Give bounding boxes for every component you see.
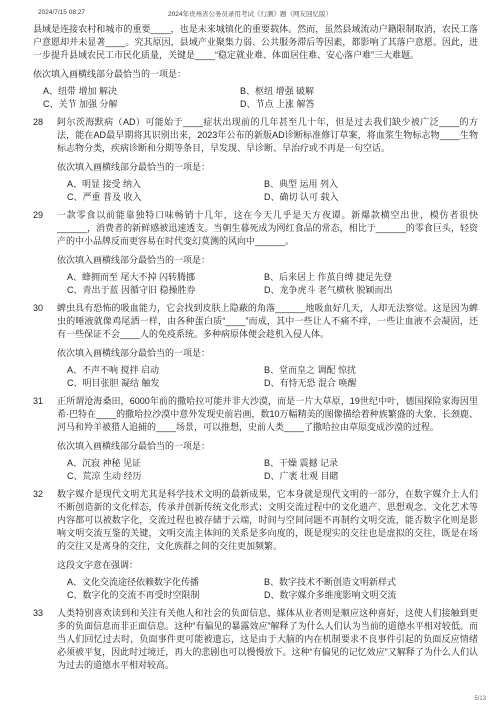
question-stem: 数字媒介是现代文明尤其是科学技术文明的最新成果，它本身就是现代文明的一部分，在数… [57,488,478,553]
question-block: 31 正所谓沧海桑田，6000年前的撒哈拉可能并非大沙漠，而是一片大草原，19世… [33,395,478,488]
question-stem: 一款零食以前能靠独特口味畅销十几年，这在今天几乎是天方夜谭。新爆款横空出世，模仿… [57,209,478,248]
question-block: 30 蜱虫具有恐怖的吸血能力，它会找到皮肤上隐蔽的角落______地吸血好几天，… [33,302,478,395]
option-d: D、龙争虎斗 老气横秋 脱颖而出 [264,284,478,297]
fill-blank-prompt: 依次填入画横线部分最恰当的一项是： [57,161,478,174]
options-grid: A、沉寂 神秘 见证 B、干燥 震撼 记录 C、荒凉 生动 经历 D、广袤 壮观… [57,457,478,482]
option-a: A、纽带 增加 解决 [43,85,240,98]
option-a: A、文化交流途径依赖数字化传播 [67,576,264,589]
option-c: C、严重 普及 收入 [67,191,264,204]
option-c: C、青出于蓝 因循守旧 稳操胜券 [67,284,264,297]
option-a: A、明显 接受 纳入 [67,178,264,191]
fill-blank-prompt: 依次填入画横线部分最恰当的一项是： [57,440,478,453]
options-grid: A、纽带 增加 解决 B、枢纽 增强 破解 C、关节 加强 分解 D、节点 上涨… [33,85,478,110]
question-block: 县域是连接农村和城市的重要____，也是未来城镇化的重要载体。然而，虽然县域流动… [33,23,478,110]
fill-blank-prompt: 依次填入画横线部分最恰当的一项是： [33,68,478,81]
fill-blank-prompt: 依次填入画横线部分最恰当的一项是： [57,347,478,360]
option-b: B、枢纽 增强 破解 [240,85,478,98]
option-b: B、堂而皇之 调配 惊扰 [264,364,478,377]
option-c: C、荒凉 生动 经历 [67,470,264,483]
options-grid: A、不声不响 搅拌 启动 B、堂而皇之 调配 惊扰 C、明目张胆 凝结 触发 D… [57,364,478,389]
option-a: A、沉寂 神秘 见证 [67,457,264,470]
question-number: 28 [33,116,57,209]
question-number: 32 [33,488,57,607]
question-stem: 阿尔茨海默病（AD）可能始于____症状出现前的几年甚至几十年，但是过去我们缺少… [57,116,478,155]
option-a: A、不声不响 搅拌 启动 [67,364,264,377]
option-c: C、关节 加强 分解 [43,98,240,111]
question-number: 29 [33,209,57,302]
question-stem: 蜱虫具有恐怖的吸血能力，它会找到皮肤上隐蔽的角落______地吸血好几天，人却无… [57,302,478,341]
options-grid: A、蜂拥而至 尾大不掉 闪转腾挪 B、后来居上 作茧自缚 捷足先登 C、青出于蓝… [57,271,478,296]
main-idea-prompt: 这段文字意在强调： [57,559,478,572]
question-number: 30 [33,302,57,395]
question-block: 33 人类特别喜欢读到和关注有关他人和社会的负面信息，媒体从业者则是顺应这种喜好… [33,607,478,672]
question-number: 33 [33,607,57,672]
header-datetime: 2024/7/15 08:27 [38,9,85,16]
option-b: B、后来居上 作茧自缚 捷足先登 [264,271,478,284]
option-b: B、干燥 震撼 记录 [264,457,478,470]
question-block: 32 数字媒介是现代文明尤其是科学技术文明的最新成果，它本身就是现代文明的一部分… [33,488,478,607]
question-block: 29 一款零食以前能靠独特口味畅销十几年，这在今天几乎是天方夜谭。新爆款横空出世… [33,209,478,302]
option-d: D、有恃无恐 混合 唤醒 [264,377,478,390]
option-d: D、数字媒介多维度影响文明交流 [264,589,478,602]
options-grid: A、文化交流途径依赖数字化传播 B、数字技术不断创造文明新样式 C、数字化的交流… [57,576,478,601]
question-number: 31 [33,395,57,488]
fill-blank-prompt: 依次填入画横线部分最恰当的一项是： [57,254,478,267]
option-d: D、广袤 壮观 目睹 [264,470,478,483]
document-body: 县域是连接农村和城市的重要____，也是未来城镇化的重要载体。然而，虽然县域流动… [0,18,500,672]
option-a: A、蜂拥而至 尾大不掉 闪转腾挪 [67,271,264,284]
question-stem: 正所谓沧海桑田，6000年前的撒哈拉可能并非大沙漠，而是一片大草原，19世纪中叶… [57,395,478,434]
options-grid: A、明显 接受 纳入 B、典型 运用 列入 C、严重 普及 收入 D、确切 认可… [57,178,478,203]
option-d: D、节点 上涨 解答 [240,98,478,111]
option-b: B、典型 运用 列入 [264,178,478,191]
option-c: C、明目张胆 凝结 触发 [67,377,264,390]
page-header: 2024/7/15 08:27 2024年贵州省公务员录用考试《行测》题（网友回… [0,0,500,18]
option-d: D、确切 认可 载入 [264,191,478,204]
option-b: B、数字技术不断创造文明新样式 [264,576,478,589]
question-stem: 县域是连接农村和城市的重要____，也是未来城镇化的重要载体。然而，虽然县域流动… [33,23,478,62]
option-c: C、数字化的交流不再受时空限制 [67,589,264,602]
page-indicator: 5/13 [474,696,486,702]
question-stem: 人类特别喜欢读到和关注有关他人和社会的负面信息，媒体从业者则是顺应这种喜好，这使… [57,607,478,672]
question-block: 28 阿尔茨海默病（AD）可能始于____症状出现前的几年甚至几十年，但是过去我… [33,116,478,209]
